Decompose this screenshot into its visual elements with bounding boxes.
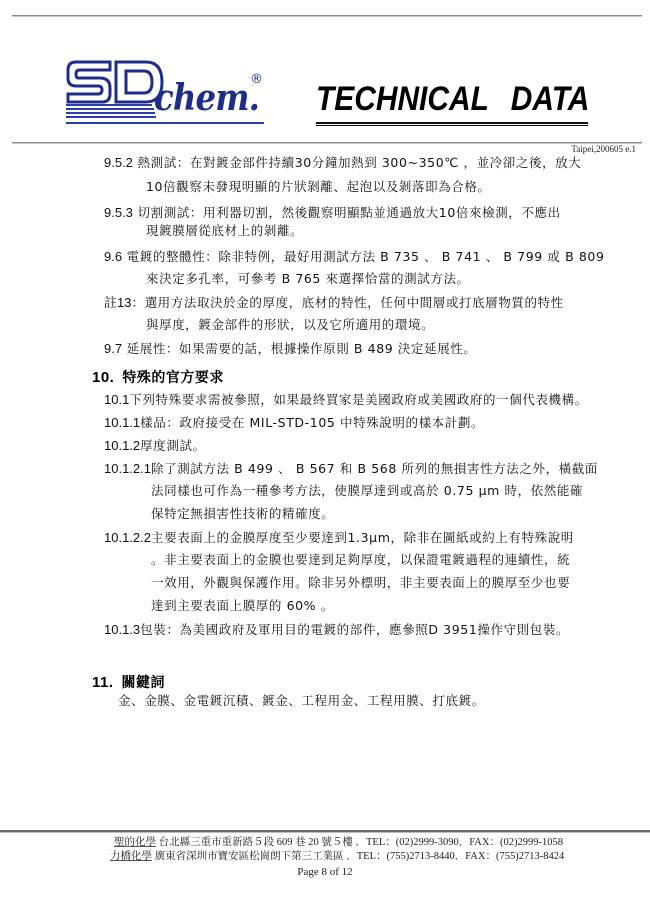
clause-10-1-2-1-cont1: 法同樣也可作為一種參考方法，使膜厚達到或高於 0.75 μm 時，依然能確: [151, 485, 583, 498]
clause-number: 10.1: [104, 392, 129, 407]
clause-10-1-2-2: 10.1.2.2主要表面上的金膜厚度至少要達到1.3μm，除非在圖紙或約上有特殊…: [104, 531, 574, 545]
logo-stripes: [66, 104, 156, 120]
office-address: 台北縣三重市重新路５段 609 巷 20 號５樓: [156, 837, 353, 848]
clause-number: 9.5.2: [104, 155, 133, 170]
clause-number: 9.7: [104, 341, 122, 356]
section-10-heading: 10.特殊的官方要求: [92, 370, 224, 385]
clause-9-6: 9.6 電鍍的整體性：除非特例，最好用測試方法 B 735 、 B 741 、 …: [104, 250, 605, 264]
clause-10-1-2-1-cont2: 保特定無損害性技術的精確度。: [151, 508, 334, 521]
clause-text: 達到主要表面上膜厚的 60% 。: [151, 598, 334, 613]
clause-text: 樣品：政府接受在 MIL-STD-105 中特殊說明的樣本計劃。: [140, 415, 484, 430]
office-contact: ．TEL：(755)2713-8440．FAX：(755)2713-8424: [344, 851, 565, 862]
keywords-list: 金、金膜、金電鍍沉積、鍍金、工程用金、工程用膜、打底鍍。: [118, 695, 485, 708]
section-title: 關鍵詞: [122, 675, 166, 691]
registered-mark: ®: [250, 72, 263, 87]
clause-9-5-3-cont: 現鍍膜層從底材上的剝離。: [146, 225, 303, 238]
clause-9-5-2-cont: 10倍觀察未發現明顯的片狀剝離、起泡以及剝落即為合格。: [146, 181, 491, 194]
sdchem-logo: chem. ®: [66, 60, 266, 126]
clause-text: 電鍍的整體性：除非特例，最好用測試方法 B 735 、 B 741 、 B 79…: [122, 249, 604, 264]
section-number: 10.: [92, 369, 114, 386]
section-11-heading: 11.關鍵詞: [92, 675, 165, 690]
clause-9-5-3: 9.5.3 切割測試：用利器切割，然後觀察明顯點並通過放大10倍來檢測，不應出: [104, 206, 561, 220]
logo-chem-text: chem.: [154, 80, 259, 116]
revision-label: Taipei,200605 e.1: [571, 144, 636, 154]
clause-text: 除了測試方法 B 499 、 B 567 和 B 568 所列的無損害性方法之外…: [151, 461, 598, 476]
clause-10-1-1: 10.1.1樣品：政府接受在 MIL-STD-105 中特殊說明的樣本計劃。: [104, 416, 484, 430]
clause-text: 。非主要表面上的金膜也要達到足夠厚度，以保證電鍍過程的連續性，統: [151, 552, 570, 567]
clause-number: 9.5.3: [104, 205, 133, 220]
footer-office-shenzhen: 力橋化學 廣東省深圳市寶安區松崗朗下第三工業區 ．TEL：(755)2713-8…: [110, 852, 564, 863]
note-text: 與厚度，鍍金部件的形狀，以及它所適用的環境。: [146, 317, 434, 332]
clause-text: 一效用，外觀與保護作用。除非另外標明，非主要表面上的膜厚至少也要: [151, 575, 570, 590]
company-name: 聖的化學: [114, 837, 156, 848]
clause-9-5-2: 9.5.2 熱測試：在對鍍金部件持續30分鐘加熱到 300~350℃ ，並冷卻之…: [104, 156, 581, 170]
footer-rule: [0, 830, 650, 833]
clause-text: 延展性：如果需要的話，根據操作原則 B 489 決定延展性。: [122, 341, 476, 356]
clause-number: 9.6: [104, 249, 122, 264]
clause-text: 切割測試：用利器切割，然後觀察明顯點並通過放大10倍來檢測，不應出: [133, 205, 561, 220]
clause-number: 10.1.3: [104, 622, 140, 637]
clause-text: 下列特殊要求需被參照，如果最終買家是美國政府或美國政府的一個代表機構。: [129, 392, 588, 407]
clause-number: 10.1.2: [104, 438, 140, 453]
clause-10-1-2: 10.1.2厚度測試。: [104, 439, 206, 453]
sd-logo-mark-icon: [66, 60, 166, 104]
clause-text: 保特定無損害性技術的精確度。: [151, 506, 334, 521]
header-bottom-rule: [12, 142, 642, 144]
clause-9-7: 9.7 延展性：如果需要的話，根據操作原則 B 489 決定延展性。: [104, 342, 477, 356]
section-number: 11.: [92, 674, 114, 691]
header-top-rule: [12, 15, 642, 17]
clause-number: 10.1.2.2: [104, 530, 151, 545]
office-address: 廣東省深圳市寶安區松崗朗下第三工業區: [152, 851, 344, 862]
document-title: TECHNICAL DATA: [316, 80, 589, 119]
clause-10-1-2-2-cont2: 一效用，外觀與保護作用。除非另外標明，非主要表面上的膜厚至少也要: [151, 577, 570, 590]
clause-text: 主要表面上的金膜厚度至少要達到1.3μm，除非在圖紙或約上有特殊說明: [151, 530, 574, 545]
clause-10-1-2-2-cont3: 達到主要表面上膜厚的 60% 。: [151, 600, 334, 613]
clause-text: 10倍觀察未發現明顯的片狀剝離、起泡以及剝落即為合格。: [146, 179, 491, 194]
clause-text: 包裝：為美國政府及軍用目的電鍍的部件，應參照D 3951操作守則包裝。: [140, 622, 569, 637]
clause-number: 10.1.1: [104, 415, 140, 430]
note-13: 註13：選用方法取決於金的厚度，底材的特性，任何中間層或打底層物質的特性: [104, 296, 564, 310]
clause-number: 10.1.2.1: [104, 461, 151, 476]
clause-10-1-2-1: 10.1.2.1除了測試方法 B 499 、 B 567 和 B 568 所列的…: [104, 462, 598, 476]
clause-text: 現鍍膜層從底材上的剝離。: [146, 223, 303, 238]
clause-text: 來決定多孔率，可參考 B 765 來選擇恰當的測試方法。: [146, 271, 470, 286]
clause-10-1-3: 10.1.3包裝：為美國政府及軍用目的電鍍的部件，應參照D 3951操作守則包裝…: [104, 623, 569, 637]
note-13-cont: 與厚度，鍍金部件的形狀，以及它所適用的環境。: [146, 319, 434, 332]
footer-office-taipei: 聖的化學 台北縣三重市重新路５段 609 巷 20 號５樓 ．TEL：(02)2…: [114, 838, 563, 849]
note-text: ：選用方法取決於金的厚度，底材的特性，任何中間層或打底層物質的特性: [131, 295, 563, 310]
clause-10-1-2-2-cont1: 。非主要表面上的金膜也要達到足夠厚度，以保證電鍍過程的連續性，統: [151, 554, 570, 567]
clause-text: 熱測試：在對鍍金部件持續30分鐘加熱到 300~350℃ ，並冷卻之後，放大: [133, 155, 581, 170]
logo-underline: [66, 122, 264, 124]
clause-text: 法同樣也可作為一種參考方法，使膜厚達到或高於 0.75 μm 時，依然能確: [151, 483, 583, 498]
clause-10-1: 10.1下列特殊要求需被參照，如果最終買家是美國政府或美國政府的一個代表機構。: [104, 393, 588, 407]
section-title: 特殊的官方要求: [122, 370, 224, 386]
office-contact: ．TEL：(02)2999-3090．FAX：(02)2999-1058: [353, 837, 563, 848]
page-number: Page 8 of 12: [0, 866, 650, 878]
clause-9-6-cont: 來決定多孔率，可參考 B 765 來選擇恰當的測試方法。: [146, 273, 470, 286]
note-number: 註13: [104, 295, 131, 310]
title-double-rule: [316, 122, 588, 126]
company-name: 力橋化學: [110, 851, 152, 862]
clause-text: 厚度測試。: [140, 438, 206, 453]
